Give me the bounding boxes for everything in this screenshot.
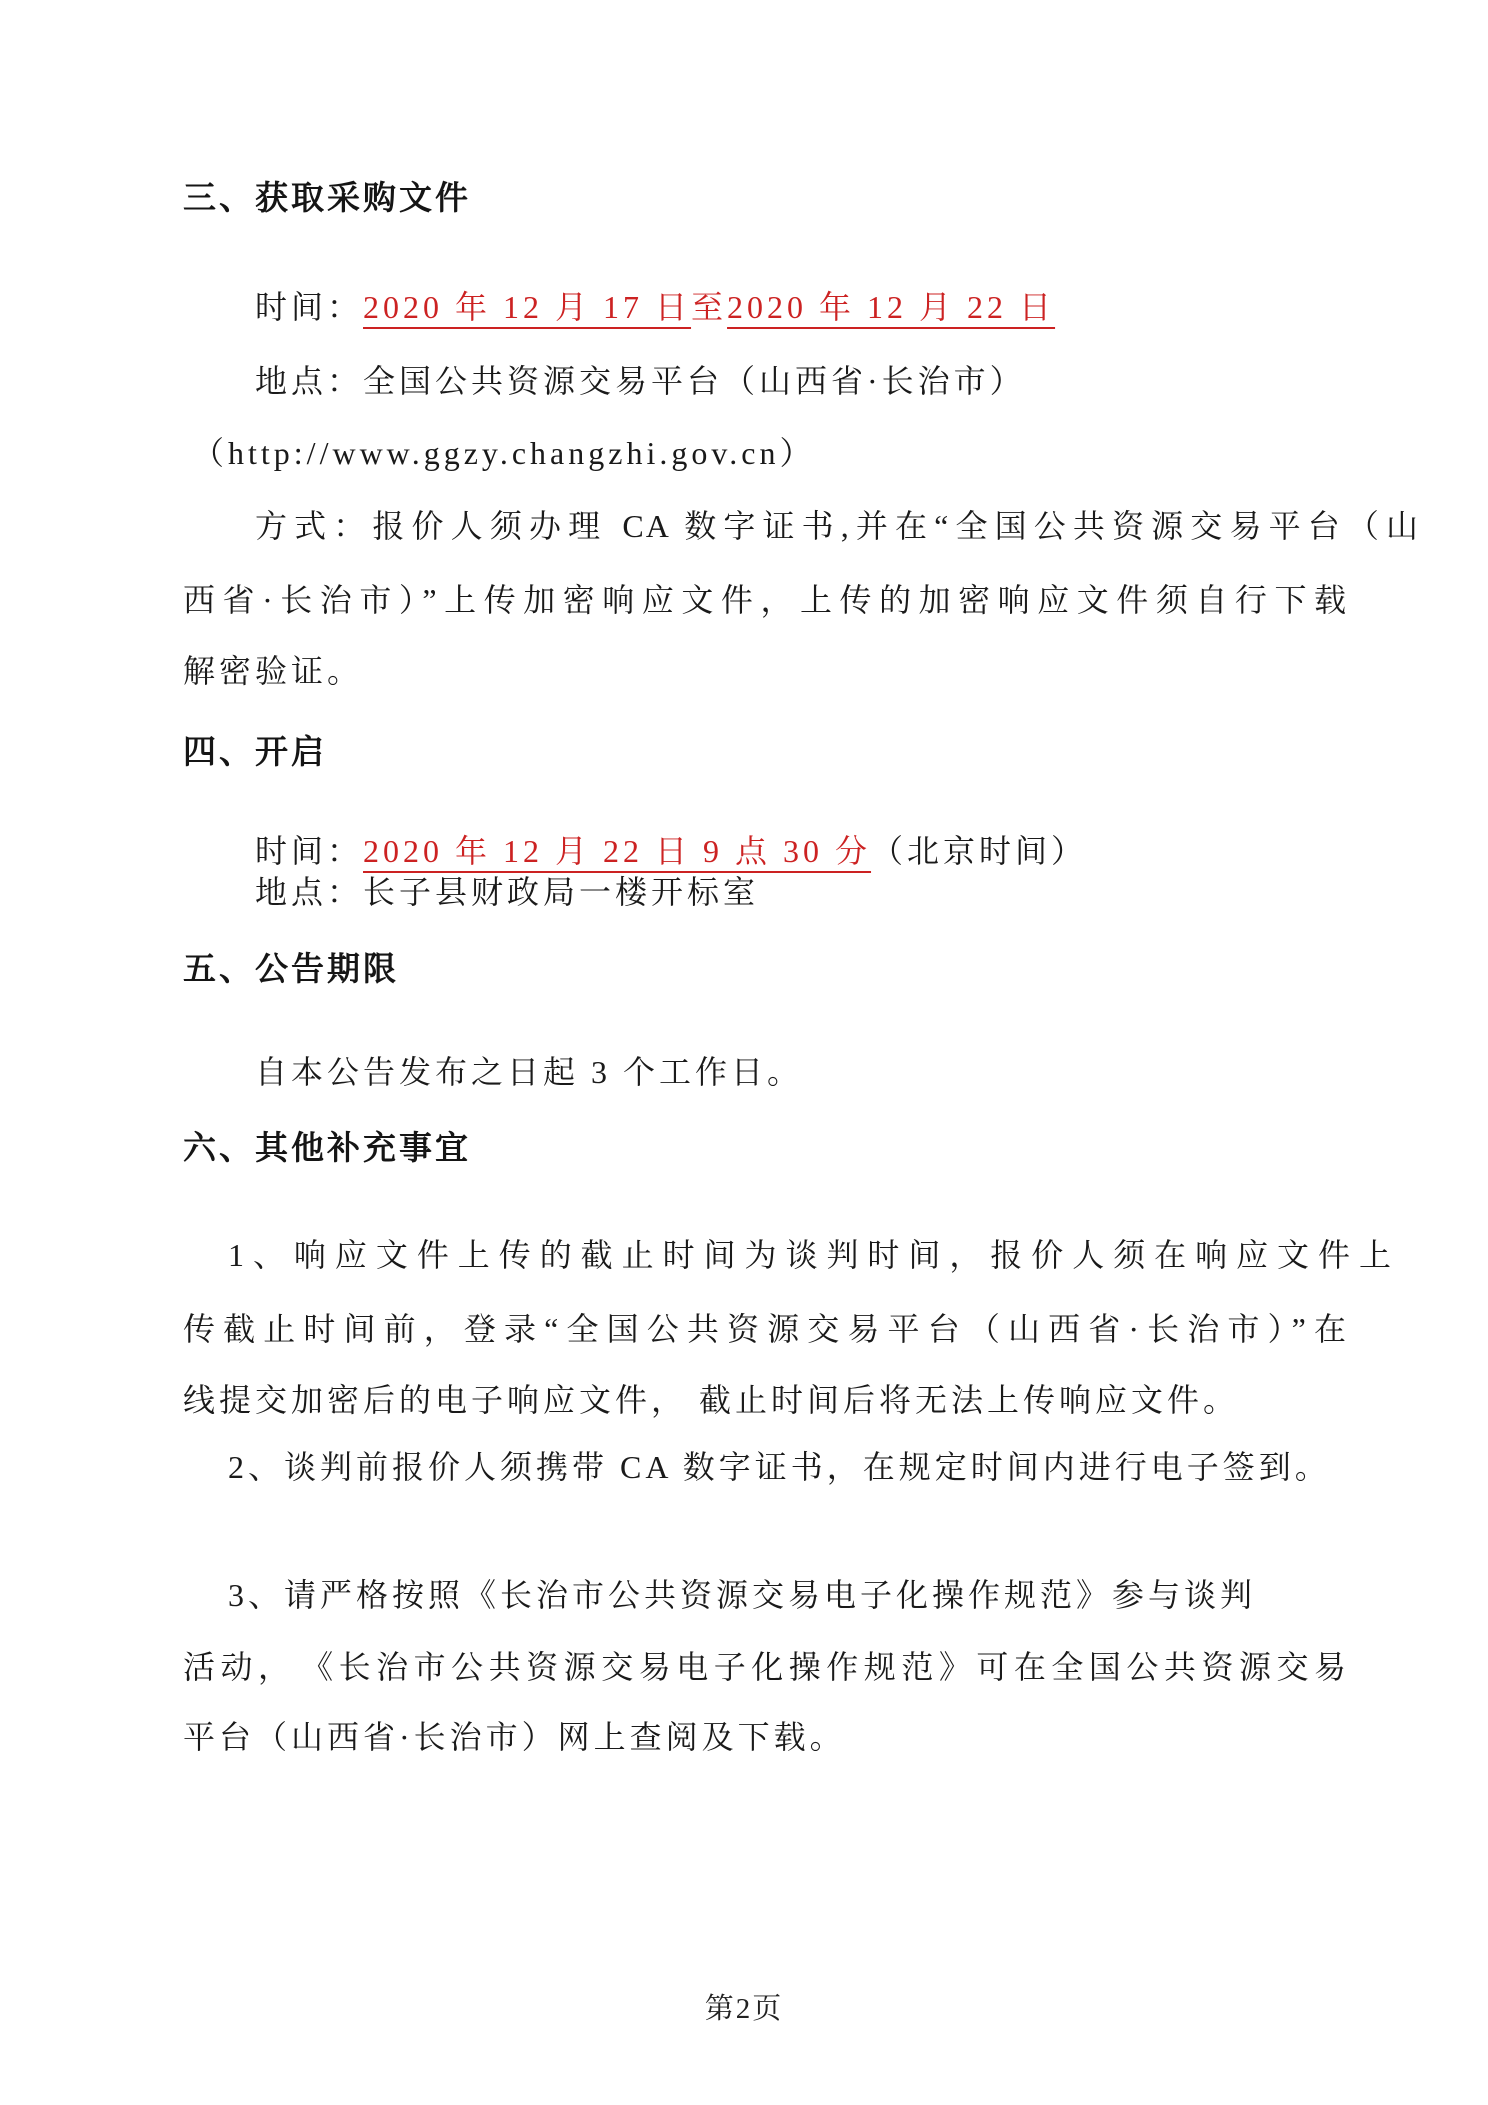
- time-range-end: 2020 年 12 月 22 日: [727, 289, 1055, 325]
- section6-item1-line2: 传截止时间前，登录“全国公共资源交易平台（山西省·长治市）”在: [183, 1306, 1348, 1352]
- section3-url-line: （http://www.ggzy.changzhi.gov.cn）: [183, 430, 1357, 476]
- section6-item1-line3: 线提交加密后的电子响应文件， 截止时间后将无法上传响应文件。: [183, 1377, 1348, 1423]
- section5-body-line: 自本公告发布之日起 3 个工作日。: [183, 1049, 1420, 1095]
- opening-time: 2020 年 12 月 22 日 9 点 30 分: [363, 833, 871, 869]
- section3-time-line: 时间：2020 年 12 月 17 日至2020 年 12 月 22 日: [183, 284, 1420, 330]
- section4-time-line: 时间：2020 年 12 月 22 日 9 点 30 分（北京时间）: [183, 828, 1420, 874]
- time-label: 时间：: [255, 289, 363, 325]
- section6-item3-line1: 3、请严格按照《长治市公共资源交易电子化操作规范》参与谈判: [183, 1572, 1393, 1618]
- section3-heading: 三、获取采购文件: [183, 176, 1348, 222]
- section3-place-line: 地点：全国公共资源交易平台（山西省·长治市）: [183, 358, 1420, 404]
- section4-place-line: 地点：长子县财政局一楼开标室: [183, 869, 1420, 915]
- section4-heading: 四、开启: [183, 730, 1348, 776]
- page-number: 第2页: [0, 1986, 1488, 2027]
- time-range-separator: 至: [691, 289, 727, 325]
- section6-item2-line: 2、谈判前报价人须携带 CA 数字证书，在规定时间内进行电子签到。: [183, 1444, 1393, 1490]
- time-range-start: 2020 年 12 月 17 日: [363, 289, 691, 325]
- section3-method-line3: 解密验证。: [183, 648, 1348, 694]
- section6-item3-line3: 平台（山西省·长治市）网上查阅及下载。: [183, 1714, 1348, 1760]
- section6-heading: 六、其他补充事宜: [183, 1126, 1348, 1172]
- section3-method-line2: 西省·长治市）”上传加密响应文件，上传的加密响应文件须自行下载: [183, 577, 1348, 623]
- time-label: 时间：: [255, 833, 363, 869]
- timezone-note: （北京时间）: [871, 833, 1087, 869]
- section5-heading: 五、公告期限: [183, 947, 1348, 993]
- section6-item3-line2: 活动， 《长治市公共资源交易电子化操作规范》可在全国公共资源交易: [183, 1644, 1348, 1690]
- document-page: 三、获取采购文件 时间：2020 年 12 月 17 日至2020 年 12 月…: [0, 0, 1488, 2105]
- section3-method-line1: 方式：报价人须办理 CA 数字证书,并在“全国公共资源交易平台（山: [183, 503, 1420, 549]
- section6-item1-line1: 1、响应文件上传的截止时间为谈判时间，报价人须在响应文件上: [183, 1232, 1393, 1278]
